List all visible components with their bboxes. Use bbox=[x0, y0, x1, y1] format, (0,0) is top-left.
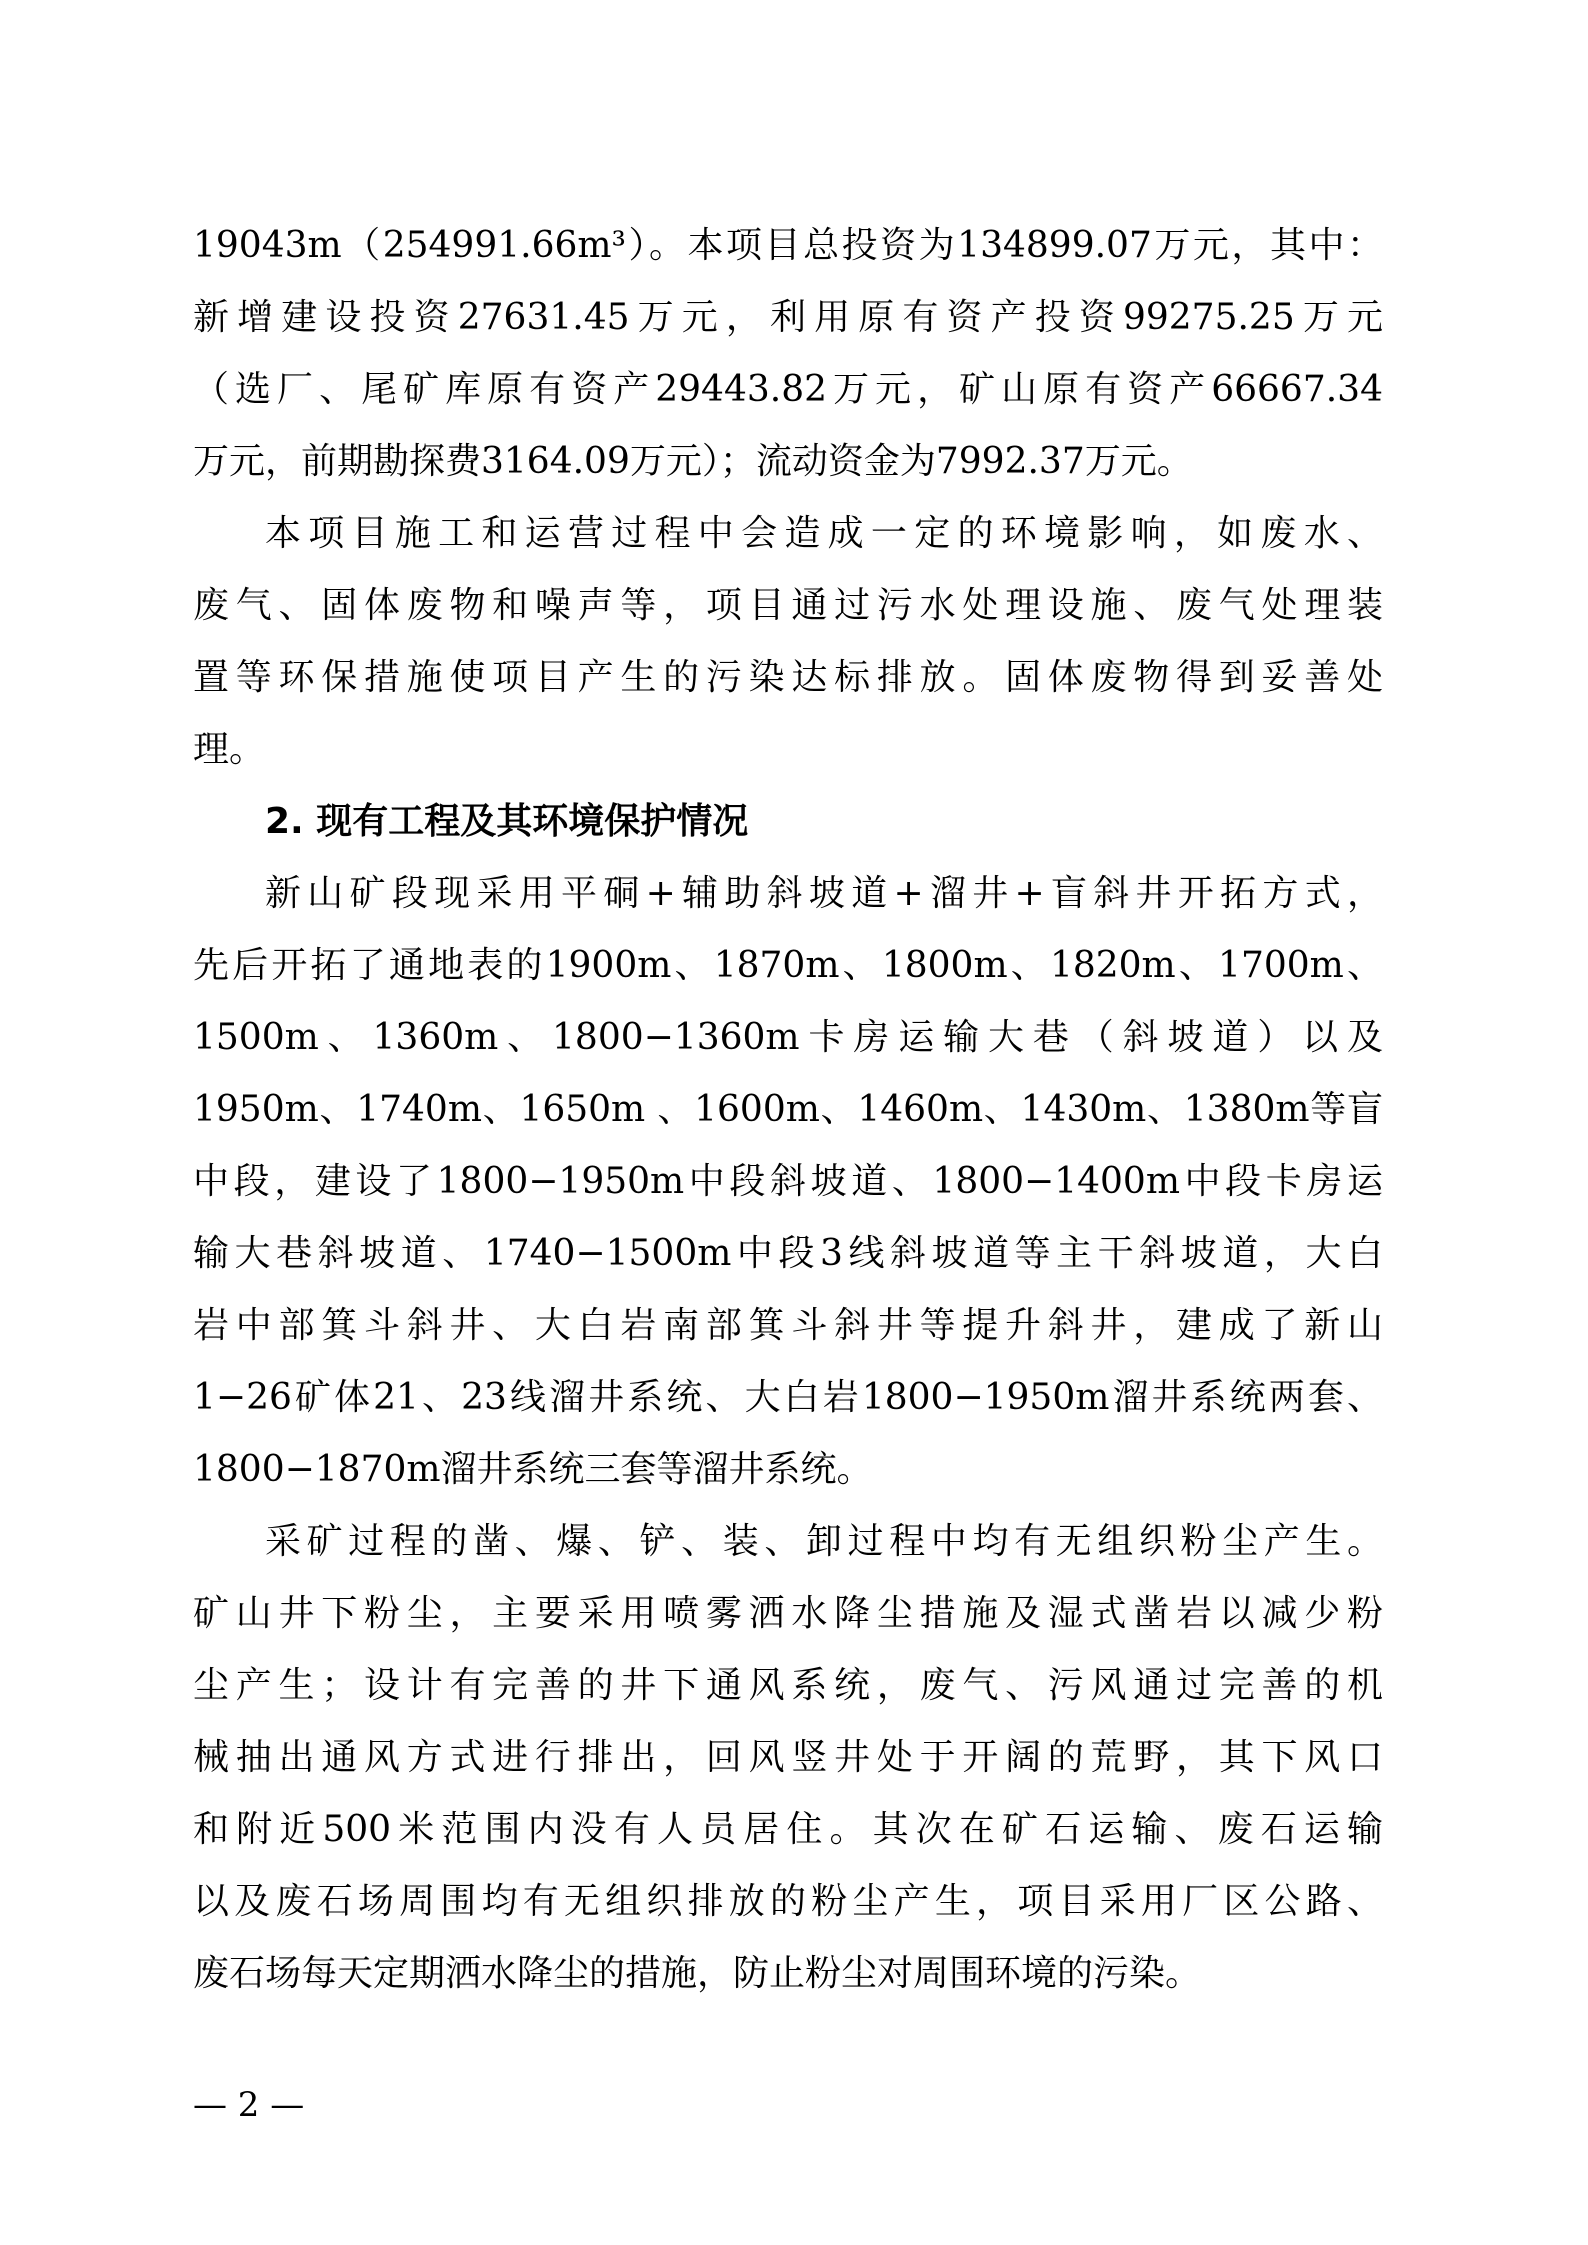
text-line: 新山矿段现采用平硐+辅助斜坡道+溜井+盲斜井开拓方式， bbox=[193, 858, 1383, 930]
section-heading: 2. 现有工程及其环境保护情况 bbox=[193, 786, 1383, 858]
text-line: 废石场每天定期洒水降尘的措施，防止粉尘对周围环境的污染。 bbox=[193, 1938, 1383, 2010]
text-line: 岩中部箕斗斜井、大白岩南部箕斗斜井等提升斜井，建成了新山 bbox=[193, 1290, 1383, 1362]
text-line: （选厂、尾矿库原有资产29443.82万元，矿山原有资产66667.34 bbox=[193, 354, 1383, 426]
text-line: 中段，建设了1800−1950m中段斜坡道、1800−1400m中段卡房运 bbox=[193, 1146, 1383, 1218]
page-number: — 2 — bbox=[193, 2085, 304, 2125]
text-line: 万元，前期勘探费3164.09万元）；流动资金为7992.37万元。 bbox=[193, 426, 1383, 498]
text-line: 1500m、1360m、1800−1360m卡房运输大巷（斜坡道）以及 bbox=[193, 1002, 1383, 1074]
text-line: 械抽出通风方式进行排出，回风竖井处于开阔的荒野，其下风口 bbox=[193, 1722, 1383, 1794]
text-line: 1950m、1740m、1650m 、1600m、1460m、1430m、138… bbox=[193, 1074, 1383, 1146]
text-line: 新增建设投资27631.45万元，利用原有资产投资99275.25万元 bbox=[193, 282, 1383, 354]
text-line: 和附近500米范围内没有人员居住。其次在矿石运输、废石运输 bbox=[193, 1794, 1383, 1866]
document-page: 19043m（254991.66m³）。本项目总投资为134899.07万元，其… bbox=[193, 210, 1383, 2010]
paragraph-existing-works: 新山矿段现采用平硐+辅助斜坡道+溜井+盲斜井开拓方式， 先后开拓了通地表的190… bbox=[193, 858, 1383, 1506]
text-line: 矿山井下粉尘，主要采用喷雾洒水降尘措施及湿式凿岩以减少粉 bbox=[193, 1578, 1383, 1650]
text-line: 先后开拓了通地表的1900m、1870m、1800m、1820m、1700m、 bbox=[193, 930, 1383, 1002]
text-line: 采矿过程的凿、爆、铲、装、卸过程中均有无组织粉尘产生。 bbox=[193, 1506, 1383, 1578]
paragraph-investment: 19043m（254991.66m³）。本项目总投资为134899.07万元，其… bbox=[193, 210, 1383, 498]
text-line: 理。 bbox=[193, 714, 1383, 786]
text-line: 以及废石场周围均有无组织排放的粉尘产生，项目采用厂区公路、 bbox=[193, 1866, 1383, 1938]
text-line: 置等环保措施使项目产生的污染达标排放。固体废物得到妥善处 bbox=[193, 642, 1383, 714]
text-line: 废气、固体废物和噪声等，项目通过污水处理设施、废气处理装 bbox=[193, 570, 1383, 642]
text-line: 尘产生；设计有完善的井下通风系统，废气、污风通过完善的机 bbox=[193, 1650, 1383, 1722]
text-line: 1800−1870m溜井系统三套等溜井系统。 bbox=[193, 1434, 1383, 1506]
text-line: 1−26矿体21、23线溜井系统、大白岩1800−1950m溜井系统两套、 bbox=[193, 1362, 1383, 1434]
text-line: 输大巷斜坡道、1740−1500m中段3线斜坡道等主干斜坡道，大白 bbox=[193, 1218, 1383, 1290]
text-line: 19043m（254991.66m³）。本项目总投资为134899.07万元，其… bbox=[193, 210, 1383, 282]
paragraph-dust-control: 采矿过程的凿、爆、铲、装、卸过程中均有无组织粉尘产生。 矿山井下粉尘，主要采用喷… bbox=[193, 1506, 1383, 2010]
text-line: 本项目施工和运营过程中会造成一定的环境影响，如废水、 bbox=[193, 498, 1383, 570]
paragraph-environment-impact: 本项目施工和运营过程中会造成一定的环境影响，如废水、 废气、固体废物和噪声等，项… bbox=[193, 498, 1383, 786]
